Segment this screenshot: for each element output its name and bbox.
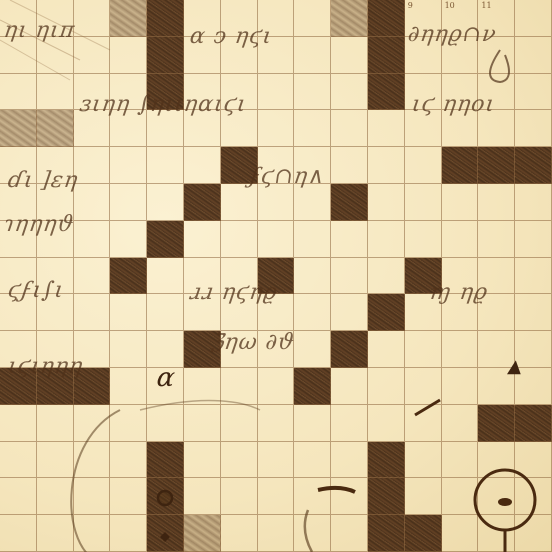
grid-cell[interactable] — [294, 331, 331, 368]
grid-cell[interactable] — [147, 184, 184, 221]
handwriting-text: ϛϝι∫ι — [6, 278, 66, 303]
grid-cell[interactable] — [331, 478, 368, 515]
handwriting-text: ∂ηηϱ∩ν — [406, 22, 498, 47]
grid-cell[interactable] — [184, 442, 221, 479]
black-cell — [368, 442, 405, 479]
grid-cell[interactable] — [515, 110, 552, 147]
grid-cell[interactable] — [294, 258, 331, 295]
grid-cell[interactable] — [110, 184, 147, 221]
grid-cell[interactable] — [74, 442, 111, 479]
grid-cell[interactable] — [515, 515, 552, 552]
handwriting-text: ℨηω ∂ϑ — [208, 330, 296, 355]
grid-cell[interactable] — [294, 515, 331, 552]
grid-cell[interactable] — [515, 478, 552, 515]
grid-cell[interactable] — [294, 37, 331, 74]
grid-cell[interactable] — [74, 0, 111, 37]
grid-cell[interactable] — [0, 110, 37, 147]
black-cell — [110, 258, 147, 295]
grid-cell[interactable] — [294, 294, 331, 331]
grid-cell[interactable] — [147, 405, 184, 442]
grid-cell[interactable] — [110, 368, 147, 405]
black-cell — [368, 0, 405, 37]
grid-cell[interactable] — [74, 147, 111, 184]
grid-cell[interactable] — [368, 405, 405, 442]
clue-number: 11 — [481, 1, 491, 10]
black-cell — [331, 331, 368, 368]
grid-cell[interactable] — [294, 478, 331, 515]
grid-cell[interactable] — [110, 405, 147, 442]
grid-cell[interactable] — [0, 478, 37, 515]
black-cell — [147, 221, 184, 258]
handwriting-text: ϝϛ∩η∧ — [248, 164, 327, 189]
grid-cell[interactable] — [110, 221, 147, 258]
black-cell — [442, 147, 479, 184]
grid-cell[interactable] — [331, 147, 368, 184]
grid-cell[interactable] — [110, 478, 147, 515]
black-cell — [331, 184, 368, 221]
grid-cell[interactable] — [37, 515, 74, 552]
grid-cell[interactable] — [258, 478, 295, 515]
grid-cell[interactable] — [74, 515, 111, 552]
grid-cell[interactable] — [184, 515, 221, 552]
black-cell — [294, 368, 331, 405]
grid-cell[interactable] — [405, 184, 442, 221]
grid-cell[interactable] — [442, 478, 479, 515]
grid-cell[interactable] — [0, 74, 37, 111]
grid-cell[interactable] — [442, 442, 479, 479]
grid-cell[interactable] — [515, 221, 552, 258]
black-cell — [368, 74, 405, 111]
black-cell — [405, 515, 442, 552]
grid-cell[interactable] — [184, 147, 221, 184]
grid-cell[interactable] — [405, 221, 442, 258]
grid-cell[interactable] — [294, 0, 331, 37]
black-cell — [147, 0, 184, 37]
grid-cell[interactable] — [74, 294, 111, 331]
grid-cell[interactable] — [74, 405, 111, 442]
clue-number: 10 — [445, 1, 455, 10]
grid-cell[interactable] — [294, 442, 331, 479]
grid-cell[interactable] — [331, 515, 368, 552]
grid-cell[interactable] — [258, 442, 295, 479]
grid-cell[interactable] — [221, 368, 258, 405]
handwriting-text: ɿηηηϑ — [2, 212, 76, 237]
grid-cell[interactable] — [478, 221, 515, 258]
grid-cell[interactable] — [0, 405, 37, 442]
grid-cell[interactable] — [110, 0, 147, 37]
grid-cell[interactable] — [368, 221, 405, 258]
grid-cell[interactable] — [294, 221, 331, 258]
black-cell — [478, 147, 515, 184]
black-cell — [184, 184, 221, 221]
grid-cell[interactable] — [37, 478, 74, 515]
grid-cell[interactable] — [184, 368, 221, 405]
grid-cell[interactable] — [515, 37, 552, 74]
grid-cell[interactable] — [258, 368, 295, 405]
grid-cell[interactable] — [478, 442, 515, 479]
grid-cell[interactable] — [368, 110, 405, 147]
grid-cell[interactable] — [368, 368, 405, 405]
grid-cell[interactable] — [110, 331, 147, 368]
grid-cell[interactable] — [147, 294, 184, 331]
grid-cell[interactable] — [0, 515, 37, 552]
grid-cell[interactable] — [331, 74, 368, 111]
grid-cell[interactable] — [74, 478, 111, 515]
grid-cell[interactable] — [110, 442, 147, 479]
grid-cell[interactable] — [221, 221, 258, 258]
grid-cell[interactable] — [74, 37, 111, 74]
black-cell — [515, 405, 552, 442]
grid-cell[interactable] — [442, 405, 479, 442]
black-cell — [368, 37, 405, 74]
handwriting-text: ɹɹ ηϛηϱ — [188, 280, 279, 305]
grid-cell[interactable] — [258, 221, 295, 258]
grid-cell[interactable] — [405, 442, 442, 479]
handwriting-text: ɜιηη ∫ηιιηαιϛι — [78, 92, 248, 117]
grid-cell[interactable] — [184, 221, 221, 258]
crossword-board: 91011 ηι ηιπɑ ↄ ηϛι∂ηηϱ∩νɜιηη ∫ηιιηαιϛιι… — [0, 0, 552, 552]
grid-cell[interactable] — [294, 110, 331, 147]
black-cell — [478, 405, 515, 442]
black-cell — [147, 442, 184, 479]
grid-cell[interactable] — [331, 110, 368, 147]
grid-cell[interactable] — [442, 184, 479, 221]
grid-cell[interactable] — [515, 184, 552, 221]
arrow-up-icon: ▲ — [507, 356, 525, 377]
grid-cell[interactable] — [331, 405, 368, 442]
black-cell — [368, 478, 405, 515]
grid-cell[interactable] — [368, 184, 405, 221]
grid-cell[interactable] — [258, 515, 295, 552]
black-cell — [368, 294, 405, 331]
grid-cell[interactable] — [221, 405, 258, 442]
grid-cell[interactable] — [258, 184, 295, 221]
grid-cell[interactable] — [368, 258, 405, 295]
grid-cell[interactable] — [331, 37, 368, 74]
grid-cell[interactable] — [221, 184, 258, 221]
grid-cell[interactable] — [478, 515, 515, 552]
grid-cell[interactable] — [0, 442, 37, 479]
grid-cell[interactable] — [442, 368, 479, 405]
black-cell — [147, 515, 184, 552]
handwriting-text: ɑ ↄ ηϛι — [188, 24, 274, 49]
grid-cell[interactable] — [184, 478, 221, 515]
grid-cell[interactable] — [331, 258, 368, 295]
grid-cell[interactable] — [442, 331, 479, 368]
handwriting-text: ιϛ ηηοι — [410, 92, 497, 117]
grid-cell[interactable] — [221, 478, 258, 515]
grid-cell[interactable] — [147, 258, 184, 295]
grid-cell[interactable] — [110, 294, 147, 331]
grid-cell[interactable] — [74, 221, 111, 258]
black-cell — [147, 478, 184, 515]
grid-cell[interactable] — [37, 74, 74, 111]
grid-cell[interactable] — [515, 0, 552, 37]
grid-cell[interactable] — [74, 258, 111, 295]
grid-cell[interactable] — [221, 442, 258, 479]
grid-cell[interactable] — [221, 515, 258, 552]
handwriting-text: ɗι ]ɛη — [6, 168, 80, 193]
grid-cell[interactable] — [478, 184, 515, 221]
grid-cell[interactable] — [405, 478, 442, 515]
grid-cell[interactable] — [147, 147, 184, 184]
black-cell — [515, 147, 552, 184]
grid-cell[interactable] — [258, 74, 295, 111]
grid-cell[interactable] — [184, 405, 221, 442]
grid-cell[interactable] — [294, 184, 331, 221]
grid-cell[interactable] — [331, 442, 368, 479]
grid-cell[interactable] — [405, 147, 442, 184]
grid-cell[interactable] — [294, 405, 331, 442]
grid-cell[interactable] — [294, 74, 331, 111]
black-cell — [368, 515, 405, 552]
grid-cell[interactable] — [331, 294, 368, 331]
grid-cell[interactable] — [37, 442, 74, 479]
grid-cell[interactable] — [405, 368, 442, 405]
grid-cell[interactable] — [331, 368, 368, 405]
grid-cell[interactable] — [515, 74, 552, 111]
handwriting-text: ɱ ηϱ — [428, 280, 489, 305]
clue-number: 9 — [408, 1, 413, 10]
grid-cell[interactable] — [331, 221, 368, 258]
grid-cell[interactable] — [442, 515, 479, 552]
handwriting-text: ɩϛιηηη — [6, 354, 85, 379]
grid-cell[interactable] — [110, 147, 147, 184]
grid-cell[interactable] — [442, 221, 479, 258]
grid-cell[interactable] — [258, 405, 295, 442]
handwriting-text: ηι ηιπ — [2, 18, 77, 43]
grid-cell[interactable] — [405, 331, 442, 368]
grid-cell[interactable] — [515, 258, 552, 295]
grid-cell[interactable] — [110, 515, 147, 552]
grid-cell[interactable] — [368, 147, 405, 184]
grid-cell[interactable] — [110, 37, 147, 74]
grid-cell[interactable] — [37, 405, 74, 442]
black-cell — [147, 37, 184, 74]
grid-cell[interactable] — [515, 442, 552, 479]
grid-cell[interactable] — [405, 405, 442, 442]
grid-cell[interactable] — [515, 294, 552, 331]
grid-cell[interactable] — [478, 478, 515, 515]
grid-cell[interactable] — [74, 184, 111, 221]
grid-cell[interactable] — [331, 0, 368, 37]
grid-cell[interactable] — [258, 110, 295, 147]
grid-cell[interactable] — [368, 331, 405, 368]
grid-cell[interactable] — [37, 110, 74, 147]
